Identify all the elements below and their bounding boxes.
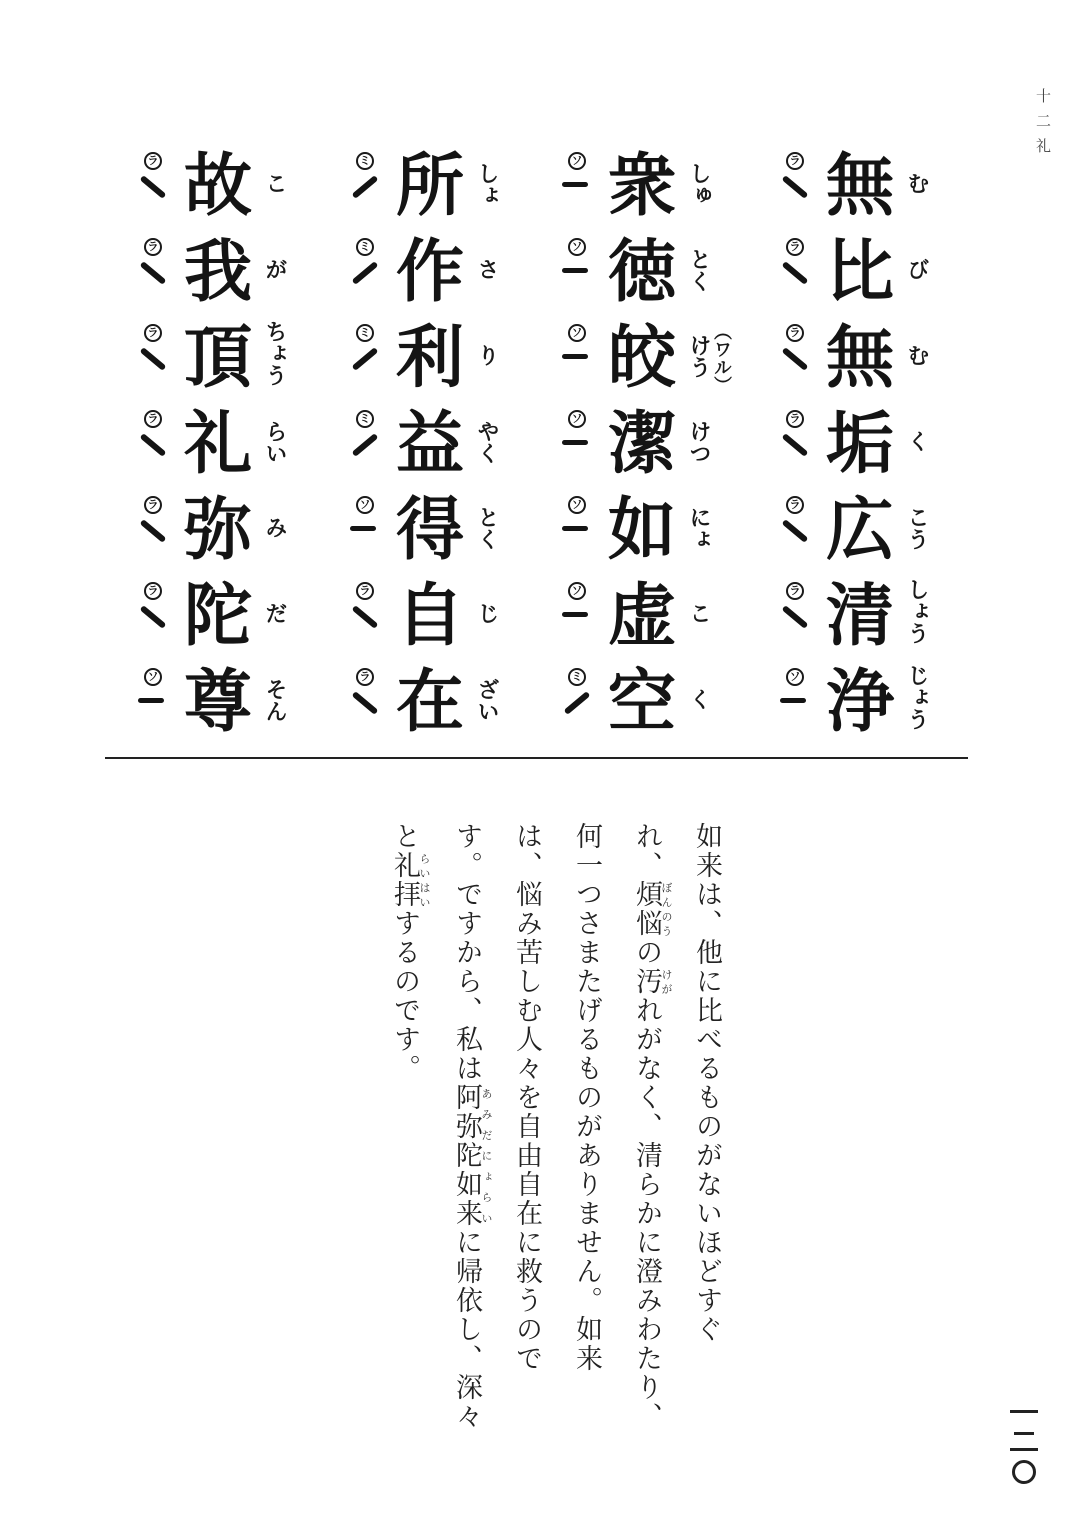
- hymn-furigana: り: [474, 344, 498, 366]
- melody-stroke-icon: [140, 519, 167, 543]
- melody-stroke-icon: [782, 175, 809, 199]
- hymn-character: ラ自じ: [342, 578, 502, 664]
- tone-mark-mi-icon: ミ: [356, 238, 374, 256]
- hymn-furigana: しゅ: [686, 162, 710, 206]
- melody-stroke-icon: [562, 182, 588, 187]
- tone-mark-so-icon: ソ: [144, 668, 162, 686]
- melody-stroke-icon: [562, 268, 588, 273]
- hymn-kanji: 潔: [604, 406, 680, 482]
- explanation-line: す。ですから、私は阿弥陀如来あみだにょらいに帰依し、深々: [436, 822, 496, 1431]
- hymn-character: ラ在ざい: [342, 664, 502, 750]
- melody-stroke-icon: [140, 605, 167, 629]
- tone-mark-ra-icon: ラ: [786, 152, 804, 170]
- hymn-furigana: く: [904, 430, 928, 452]
- hymn-furigana: び: [904, 258, 928, 280]
- hymn-kanji: 故: [180, 148, 256, 224]
- tone-mark-ra-icon: ラ: [144, 238, 162, 256]
- tone-mark-ra-icon: ラ: [144, 410, 162, 428]
- tone-mark-ra-icon: ラ: [144, 496, 162, 514]
- melody-stroke-icon: [782, 605, 809, 629]
- tone-mark-so-icon: ソ: [568, 324, 586, 342]
- hymn-kanji: 徳: [604, 234, 680, 310]
- section-divider: [105, 757, 968, 759]
- tone-mark-so-icon: ソ: [786, 668, 804, 686]
- hymn-character: ミ益やく: [342, 406, 502, 492]
- hymn-kanji: 在: [392, 664, 468, 740]
- hymn-character: ラ頂ちょう: [130, 320, 290, 406]
- explanation-line: は、悩み苦しむ人々を自由自在に救うので: [496, 822, 556, 1373]
- hymn-character: ミ空く: [554, 664, 714, 750]
- explanation-line: 如来は、他に比べるものがないほどすぐ: [676, 822, 736, 1344]
- hymn-furigana: けう: [686, 334, 710, 378]
- hymn-kanji: 浄: [822, 664, 898, 740]
- tone-mark-so-icon: ソ: [568, 582, 586, 600]
- hymn-character: ラ無む: [772, 148, 932, 234]
- melody-stroke-icon: [352, 347, 379, 371]
- hymn-character: ソ浄じょう: [772, 664, 932, 750]
- explanation-line: れ、煩悩ぼんのうの汚けがれがなく、清らかに澄みわたり、: [616, 822, 676, 1431]
- tone-mark-mi-icon: ミ: [568, 668, 586, 686]
- melody-stroke-icon: [350, 526, 376, 531]
- hymn-kanji: 比: [822, 234, 898, 310]
- tone-mark-so-icon: ソ: [568, 496, 586, 514]
- hymn-furigana: にょ: [686, 506, 710, 550]
- tone-mark-so-icon: ソ: [568, 410, 586, 428]
- hymn-character: ラ広こう: [772, 492, 932, 578]
- hymn-furigana: が: [262, 258, 286, 280]
- page-number: 一二〇: [1004, 1400, 1044, 1490]
- hymn-kanji: 垢: [822, 406, 898, 482]
- explanation-line: 何一つさまたげるものがありません。如来: [556, 822, 616, 1373]
- hymn-kanji: 頂: [180, 320, 256, 396]
- melody-stroke-icon: [352, 175, 379, 199]
- hymn-furigana: じょう: [904, 664, 928, 730]
- tone-mark-ra-icon: ラ: [144, 582, 162, 600]
- hymn-furigana: やく: [474, 420, 498, 464]
- melody-stroke-icon: [782, 519, 809, 543]
- hymn-kanji: 礼: [180, 406, 256, 482]
- hymn-furigana: む: [904, 344, 928, 366]
- page-digit-zero: [1012, 1460, 1036, 1484]
- explanation-line: と礼拝らいはいするのです。: [374, 822, 434, 1083]
- hymn-kanji: 広: [822, 492, 898, 568]
- hymn-character: ラ垢く: [772, 406, 932, 492]
- hymn-kanji: 弥: [180, 492, 256, 568]
- melody-stroke-icon: [352, 691, 379, 715]
- hymn-furigana: けつ: [686, 420, 710, 464]
- tone-mark-so-icon: ソ: [356, 496, 374, 514]
- melody-stroke-icon: [352, 605, 379, 629]
- hymn-kanji: 皎: [604, 320, 680, 396]
- section-header: 十二礼: [1030, 88, 1054, 163]
- tone-mark-ra-icon: ラ: [786, 496, 804, 514]
- hymn-character: ラ弥み: [130, 492, 290, 578]
- hymn-furigana: ちょう: [262, 320, 286, 386]
- hymn-furigana: らい: [262, 420, 286, 464]
- hymn-furigana: そん: [262, 678, 286, 722]
- tone-mark-ra-icon: ラ: [786, 582, 804, 600]
- hymn-character: ソ衆しゅ: [554, 148, 714, 234]
- hymn-furigana: む: [904, 172, 928, 194]
- hymn-character: ラ我が: [130, 234, 290, 320]
- hymn-kanji: 自: [392, 578, 468, 654]
- hymn-furigana: こ: [262, 172, 286, 194]
- hymn-character: ソ皎けう（ワル）: [554, 320, 714, 406]
- tone-mark-ra-icon: ラ: [786, 324, 804, 342]
- hymn-pronunciation-note: （ワル）: [708, 322, 734, 394]
- tone-mark-ra-icon: ラ: [356, 668, 374, 686]
- hymn-furigana: み: [262, 516, 286, 538]
- hymn-character: ソ如にょ: [554, 492, 714, 578]
- hymn-furigana: とく: [474, 506, 498, 550]
- tone-mark-ra-icon: ラ: [786, 410, 804, 428]
- hymn-character: ソ尊そん: [130, 664, 290, 750]
- melody-stroke-icon: [782, 261, 809, 285]
- hymn-character: ソ得とく: [342, 492, 502, 578]
- hymn-kanji: 得: [392, 492, 468, 568]
- melody-stroke-icon: [562, 440, 588, 445]
- hymn-character: ソ徳とく: [554, 234, 714, 320]
- hymn-kanji: 衆: [604, 148, 680, 224]
- page-digit-two-top: [1014, 1432, 1034, 1435]
- page-digit-two-bottom: [1010, 1448, 1038, 1451]
- hymn-kanji: 所: [392, 148, 468, 224]
- tone-mark-mi-icon: ミ: [356, 410, 374, 428]
- melody-stroke-icon: [782, 433, 809, 457]
- tone-mark-ra-icon: ラ: [144, 152, 162, 170]
- tone-mark-mi-icon: ミ: [356, 324, 374, 342]
- melody-stroke-icon: [780, 698, 806, 703]
- hymn-furigana: とく: [686, 248, 710, 292]
- melody-stroke-icon: [562, 612, 588, 617]
- hymn-kanji: 作: [392, 234, 468, 310]
- melody-stroke-icon: [562, 354, 588, 359]
- hymn-character: ミ作さ: [342, 234, 502, 320]
- hymn-kanji: 益: [392, 406, 468, 482]
- hymn-kanji: 陀: [180, 578, 256, 654]
- hymn-kanji: 空: [604, 664, 680, 740]
- hymn-furigana: しょ: [474, 162, 498, 206]
- hymn-furigana: ざい: [474, 678, 498, 722]
- hymn-furigana: こう: [904, 506, 928, 550]
- hymn-kanji: 清: [822, 578, 898, 654]
- hymn-character: ラ礼らい: [130, 406, 290, 492]
- hymn-kanji: 尊: [180, 664, 256, 740]
- hymn-kanji: 無: [822, 320, 898, 396]
- melody-stroke-icon: [564, 691, 591, 715]
- melody-stroke-icon: [562, 526, 588, 531]
- hymn-character: ラ無む: [772, 320, 932, 406]
- hymn-furigana: さ: [474, 258, 498, 280]
- melody-stroke-icon: [352, 261, 379, 285]
- hymn-character: ソ潔けつ: [554, 406, 714, 492]
- hymn-kanji: 虚: [604, 578, 680, 654]
- hymn-character: ミ利り: [342, 320, 502, 406]
- hymn-furigana: だ: [262, 602, 286, 624]
- tone-mark-so-icon: ソ: [568, 152, 586, 170]
- melody-stroke-icon: [352, 433, 379, 457]
- melody-stroke-icon: [138, 698, 164, 703]
- melody-stroke-icon: [782, 347, 809, 371]
- melody-stroke-icon: [140, 175, 167, 199]
- tone-mark-mi-icon: ミ: [356, 152, 374, 170]
- melody-stroke-icon: [140, 433, 167, 457]
- hymn-kanji: 利: [392, 320, 468, 396]
- tone-mark-ra-icon: ラ: [786, 238, 804, 256]
- tone-mark-ra-icon: ラ: [356, 582, 374, 600]
- hymn-kanji: 如: [604, 492, 680, 568]
- hymn-character: ラ故こ: [130, 148, 290, 234]
- hymn-character: ミ所しょ: [342, 148, 502, 234]
- hymn-furigana: じ: [474, 602, 498, 624]
- melody-stroke-icon: [140, 261, 167, 285]
- hymn-kanji: 無: [822, 148, 898, 224]
- hymn-character: ソ虚こ: [554, 578, 714, 664]
- hymn-furigana: しょう: [904, 578, 928, 644]
- hymn-furigana: く: [686, 688, 710, 710]
- tone-mark-so-icon: ソ: [568, 238, 586, 256]
- hymn-character: ラ陀だ: [130, 578, 290, 664]
- hymn-character: ラ比び: [772, 234, 932, 320]
- tone-mark-ra-icon: ラ: [144, 324, 162, 342]
- hymn-kanji: 我: [180, 234, 256, 310]
- hymn-character: ラ清しょう: [772, 578, 932, 664]
- hymn-furigana: こ: [686, 602, 710, 624]
- melody-stroke-icon: [140, 347, 167, 371]
- page-digit-one: [1010, 1410, 1038, 1413]
